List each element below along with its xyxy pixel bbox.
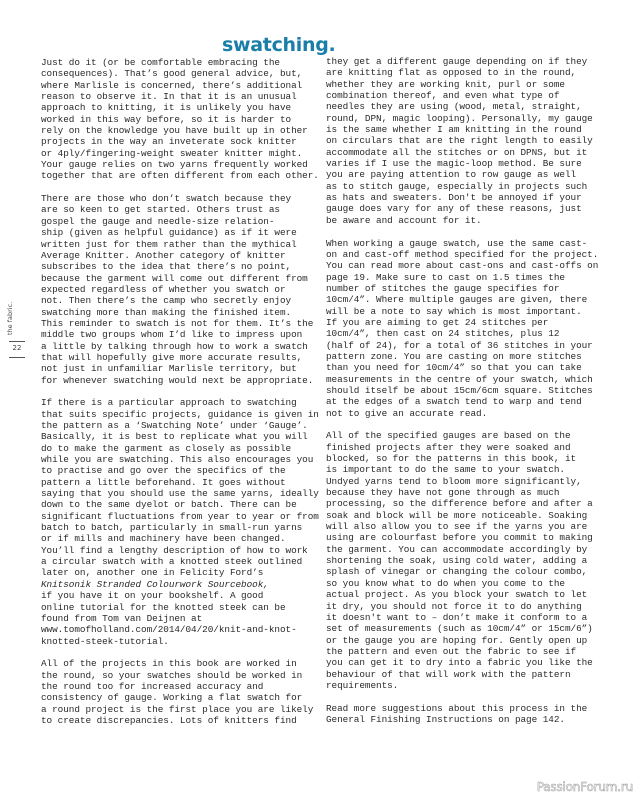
text-line: gospel the gauge and needle-size relatio… bbox=[41, 216, 331, 227]
text-line: on and cast-off method specified for the… bbox=[326, 249, 616, 260]
text-line: that will hopefully give more accurate r… bbox=[41, 352, 331, 363]
text-line: You can read more about cast-ons and cas… bbox=[326, 260, 616, 271]
paragraph: There are those who don’t swatch because… bbox=[41, 193, 331, 386]
text-line: the garment. You can accommodate accordi… bbox=[326, 544, 616, 555]
text-line: written just for them rather than the my… bbox=[41, 239, 331, 250]
text-line: worked in this way before, so it is hard… bbox=[41, 114, 331, 125]
text-line: should itself be about 15cm/6cm square. … bbox=[326, 385, 616, 396]
text-line: whether they are working knit, purl or s… bbox=[326, 79, 616, 90]
text-line: you are paying attention to row gauge as… bbox=[326, 169, 616, 180]
text-line: for whenever swatching would next be app… bbox=[41, 375, 331, 386]
left-column: Just do it (or be comfortable embracing … bbox=[41, 57, 331, 738]
text-line: Undyed yarns tend to bloom more signific… bbox=[326, 476, 616, 487]
text-line: online tutorial for the knotted steek ca… bbox=[41, 602, 331, 613]
text-line: a circular swatch with a knotted steek o… bbox=[41, 556, 331, 567]
paragraph: Just do it (or be comfortable embracing … bbox=[41, 57, 331, 182]
text-line: soak and block will be more noticeable. … bbox=[326, 510, 616, 521]
text-line: splash of vinegar or changing the colour… bbox=[326, 566, 616, 577]
text-line: number of stitches the gauge specifies f… bbox=[326, 283, 616, 294]
text-line: not. Then there’s the camp who secretly … bbox=[41, 295, 331, 306]
text-line: to create discrepancies. Lots of knitter… bbox=[41, 715, 331, 726]
text-line: Just do it (or be comfortable embracing … bbox=[41, 57, 331, 68]
text-line: are so keen to get started. Others trust… bbox=[41, 204, 331, 215]
text-line: pattern a little beforehand. It goes wit… bbox=[41, 477, 331, 488]
text-line: they get a different gauge depending on … bbox=[326, 56, 616, 67]
text-line: where Marlisle is concerned, there’s add… bbox=[41, 80, 331, 91]
text-line: the round too for increased accuracy and bbox=[41, 681, 331, 692]
text-line: as to stitch gauge, especially in projec… bbox=[326, 181, 616, 192]
text-line: the pattern and even out the fabric to s… bbox=[326, 646, 616, 657]
page-number-rule-bottom bbox=[9, 357, 25, 358]
text-line: while you are swatching. This also encou… bbox=[41, 454, 331, 465]
text-line: not just in unfamiliar Marlisle territor… bbox=[41, 363, 331, 374]
text-line: it doesn't want to – don’t make it confo… bbox=[326, 612, 616, 623]
text-line: do to make the garment as closely as pos… bbox=[41, 443, 331, 454]
text-line: as hats and sweaters. Don't be annoyed i… bbox=[326, 192, 616, 203]
text-line: found from Tom van Deijnen at bbox=[41, 613, 331, 624]
text-line: knotted-steek-tutorial. bbox=[41, 636, 331, 647]
text-line: approach to knitting, it is unlikely you… bbox=[41, 102, 331, 113]
text-line: consistency of gauge. Working a flat swa… bbox=[41, 692, 331, 703]
text-line: together that are often different from e… bbox=[41, 170, 331, 181]
text-line: All of the specified gauges are based on… bbox=[326, 430, 616, 441]
text-line: the pattern as a ‘Swatching Note’ under … bbox=[41, 420, 331, 431]
text-line: 10cm/4”. Where multiple gauges are given… bbox=[326, 294, 616, 305]
text-line: that suits specific projects, guidance i… bbox=[41, 409, 331, 420]
text-line: because they have not gone through as mu… bbox=[326, 487, 616, 498]
paragraph: they get a different gauge depending on … bbox=[326, 56, 616, 226]
text-line: This reminder to swatch is not for them.… bbox=[41, 318, 331, 329]
text-line: a round project is the first place you a… bbox=[41, 704, 331, 715]
text-line: if you have it on your bookshelf. A good bbox=[41, 590, 331, 601]
book-title-line: Knitsonik Stranded Colourwork Sourcebook… bbox=[41, 579, 331, 590]
text-line: (half of 24), for a total of 36 stitches… bbox=[326, 340, 616, 351]
text-line: finished projects after they were soaked… bbox=[326, 442, 616, 453]
text-line: because the garment will come out differ… bbox=[41, 273, 331, 284]
text-line: Read more suggestions about this process… bbox=[326, 703, 616, 714]
paragraph: All of the specified gauges are based on… bbox=[326, 430, 616, 691]
text-line: You’ll find a lengthy description of how… bbox=[41, 545, 331, 556]
text-line: page 19. Make sure to cast on 1.5 times … bbox=[326, 272, 616, 283]
paragraph: All of the projects in this book are wor… bbox=[41, 658, 331, 726]
text-line: There are those who don’t swatch because… bbox=[41, 193, 331, 204]
section-heading: swatching. bbox=[222, 33, 322, 57]
text-line: will also allow you to see if the yarns … bbox=[326, 521, 616, 532]
text-line: expected regardless of whether you swatc… bbox=[41, 284, 331, 295]
text-line: pattern zone. You are casting on more st… bbox=[326, 351, 616, 362]
text-line: requirements. bbox=[326, 680, 616, 691]
text-line: the round, so your swatches should be wo… bbox=[41, 670, 331, 681]
text-line: behaviour of that will work with the pat… bbox=[326, 669, 616, 680]
paragraph: If there is a particular approach to swa… bbox=[41, 397, 331, 647]
text-line: accommodate all the stitches or on DPNS,… bbox=[326, 147, 616, 158]
running-section-label: the fabric. bbox=[6, 302, 14, 335]
text-line: All of the projects in this book are wor… bbox=[41, 658, 331, 669]
text-line: down to the same dyelot or batch. There … bbox=[41, 499, 331, 510]
text-line: gauge does vary for any of these reasons… bbox=[326, 203, 616, 214]
text-line: middle two groups whom I’d like to impre… bbox=[41, 329, 331, 340]
text-line: measurements in the centre of your swatc… bbox=[326, 374, 616, 385]
text-line: are knitting flat as opposed to in the r… bbox=[326, 67, 616, 78]
text-line: General Finishing Instructions on page 1… bbox=[326, 714, 616, 725]
text-line: will be a note to say which is most impo… bbox=[326, 306, 616, 317]
text-line: is the same whether I am knitting in the… bbox=[326, 124, 616, 135]
text-line: combination thereof, and even what type … bbox=[326, 90, 616, 101]
text-line: significant fluctuations from year to ye… bbox=[41, 511, 331, 522]
text-line: or the gauge you are hoping for. Gently … bbox=[326, 635, 616, 646]
text-line: or 4ply/fingering-weight sweater knitter… bbox=[41, 148, 331, 159]
paragraph: When working a gauge swatch, use the sam… bbox=[326, 238, 616, 420]
text-line: actual project. As you block your swatch… bbox=[326, 589, 616, 600]
text-line: processing, so the difference before and… bbox=[326, 498, 616, 509]
text-line: on circulars that are the right length t… bbox=[326, 135, 616, 146]
text-line: using are colourfast before you commit t… bbox=[326, 532, 616, 543]
text-line: When working a gauge swatch, use the sam… bbox=[326, 238, 616, 249]
text-line: or if mills and machinery have been chan… bbox=[41, 533, 331, 544]
right-column: they get a different gauge depending on … bbox=[326, 56, 616, 737]
text-line: so you know what to do when you come to … bbox=[326, 578, 616, 589]
text-line: swatching more than making the finished … bbox=[41, 307, 331, 318]
paragraph: Read more suggestions about this process… bbox=[326, 703, 616, 726]
page-sidebar bbox=[0, 260, 30, 370]
text-line: Your gauge relies on two yarns frequentl… bbox=[41, 159, 331, 170]
text-line: www.tomofholland.com/2014/04/20/knit-and… bbox=[41, 624, 331, 635]
text-line: a little by talking through how to work … bbox=[41, 341, 331, 352]
text-line: you can get it to dry into a fabric you … bbox=[326, 657, 616, 668]
text-line: consequences). That’s good general advic… bbox=[41, 68, 331, 79]
text-line: projects in the way an inveterate sock k… bbox=[41, 136, 331, 147]
text-line: shortening the soak, using cold water, a… bbox=[326, 555, 616, 566]
page-number: 22 bbox=[9, 344, 25, 352]
page-number-rule-top bbox=[9, 341, 25, 342]
text-line: blocked, so for the patterns in this boo… bbox=[326, 453, 616, 464]
text-line: be aware and account for it. bbox=[326, 215, 616, 226]
text-line: reason to observe it. In that it is an u… bbox=[41, 91, 331, 102]
text-line: round, DPN, magic looping). Personally, … bbox=[326, 113, 616, 124]
text-line: than you need for 10cm/4” so that you ca… bbox=[326, 362, 616, 373]
text-line: is important to do the same to your swat… bbox=[326, 464, 616, 475]
text-line: varies if I use the magic-loop method. B… bbox=[326, 158, 616, 169]
text-line: subscribes to the idea that there’s no p… bbox=[41, 261, 331, 272]
text-line: saying that you should use the same yarn… bbox=[41, 488, 331, 499]
text-line: it dry, you should not force it to do an… bbox=[326, 601, 616, 612]
text-line: later on, another one in Felicity Ford’s bbox=[41, 567, 331, 578]
text-line: set of measurements (such as 10cm/4” or … bbox=[326, 623, 616, 634]
text-line: batch to batch, particularly in small-ru… bbox=[41, 522, 331, 533]
text-line: not to give an accurate read. bbox=[326, 408, 616, 419]
watermark: PassionForum.ru bbox=[537, 780, 633, 794]
text-line: If you are aiming to get 24 stitches per bbox=[326, 317, 616, 328]
text-line: Basically, it is best to replicate what … bbox=[41, 431, 331, 442]
text-line: If there is a particular approach to swa… bbox=[41, 397, 331, 408]
text-line: at the edges of a swatch tend to warp an… bbox=[326, 396, 616, 407]
text-line: 10cm/4”, then cast on 24 stitches, plus … bbox=[326, 328, 616, 339]
text-line: ship (given as helpful guidance) as if i… bbox=[41, 227, 331, 238]
text-line: Average Knitter. Another category of kni… bbox=[41, 250, 331, 261]
text-line: rely on the knowledge you have built up … bbox=[41, 125, 331, 136]
text-line: to practise and go over the specifics of… bbox=[41, 465, 331, 476]
text-line: needles they are using (wood, metal, str… bbox=[326, 101, 616, 112]
